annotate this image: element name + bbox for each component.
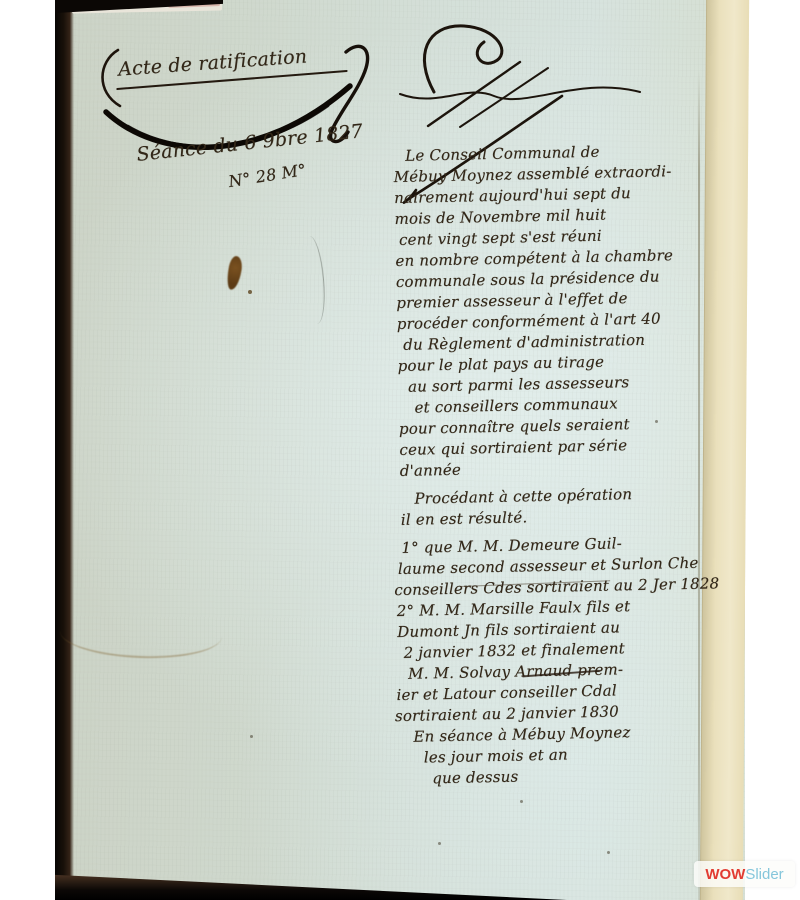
manuscript-photo: Acte de ratification Séance du 6 9bre 18…: [0, 0, 800, 900]
watermark-wow-text: WOW: [705, 866, 745, 883]
book-binding-left-edge: [55, 0, 74, 900]
ink-speck: [248, 290, 252, 294]
paper-speck: [607, 851, 610, 854]
paper-speck: [250, 735, 253, 738]
paper-speck: [438, 842, 441, 845]
manuscript-body: Le Conseil Communal de Mébuy Moynez asse…: [393, 139, 758, 790]
paper-speck: [520, 800, 523, 803]
wowslider-watermark[interactable]: WOWSlider: [694, 861, 795, 887]
watermark-slider-text: Slider: [745, 866, 783, 883]
